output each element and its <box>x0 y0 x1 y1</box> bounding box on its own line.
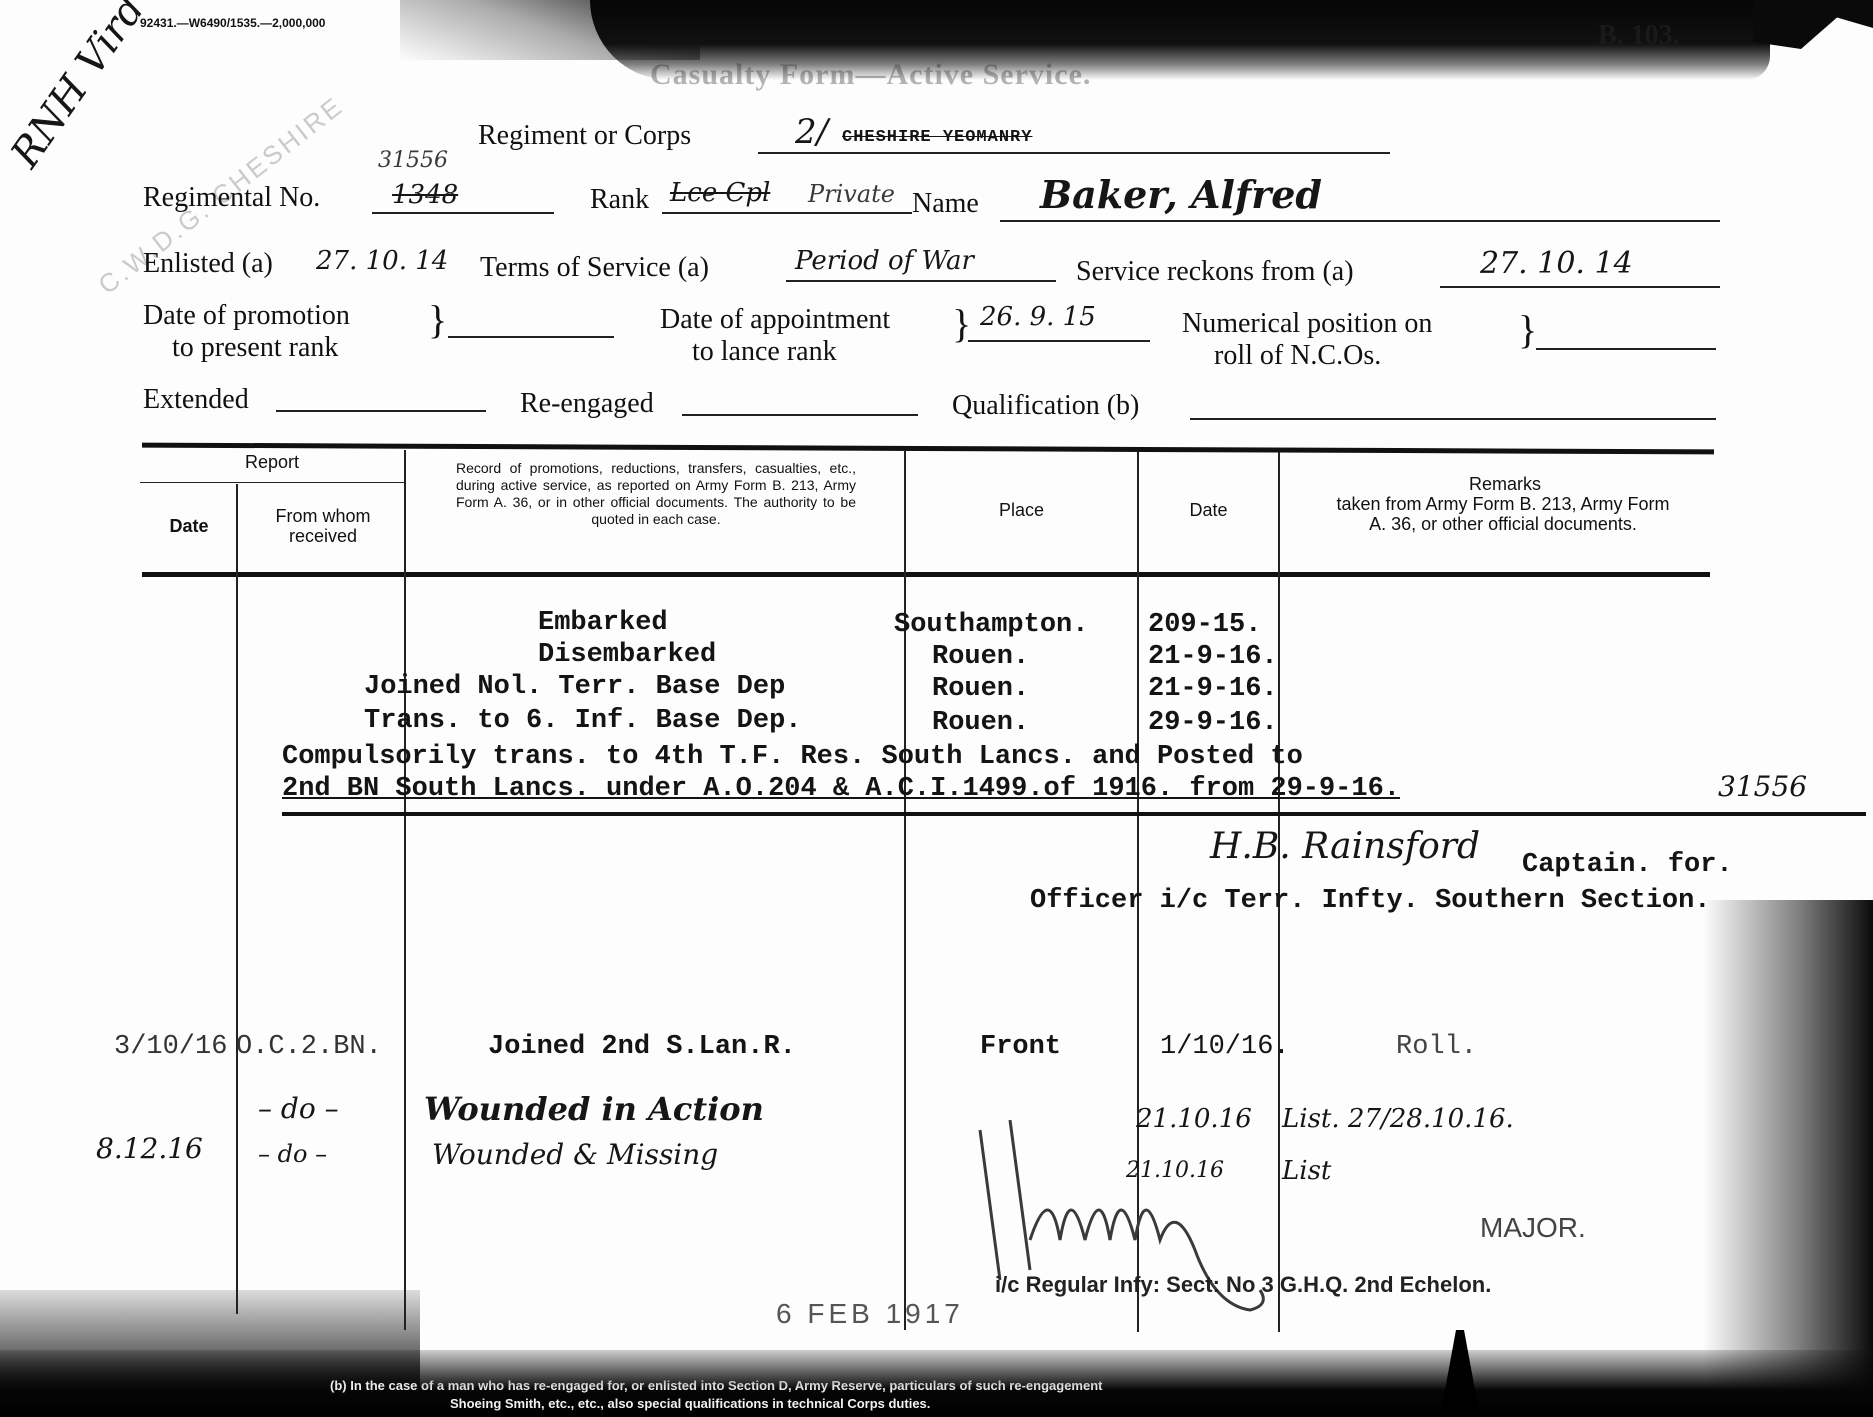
reckons-value: 27. 10. 14 <box>1480 246 1633 281</box>
transfer-line-2: 2nd BN South Lancs. under A.O.204 & A.C.… <box>282 774 1400 804</box>
missing-from: – do – <box>258 1140 327 1168</box>
entry-place: Rouen. <box>932 674 1029 704</box>
signature-major-rank: MAJOR. <box>1480 1212 1586 1244</box>
transfer-underline <box>282 812 1866 816</box>
rank-value: Private <box>808 180 895 208</box>
wounded-from: – do – <box>258 1092 339 1125</box>
header-date2: Date <box>1139 500 1278 520</box>
entry-place: Rouen. <box>932 708 1029 738</box>
regiment-value: 2/ <box>795 112 828 152</box>
name-value: Baker, Alfred <box>1040 172 1322 217</box>
brace: } <box>1518 310 1537 350</box>
form-title: Casualty Form—Active Service. <box>650 58 1091 92</box>
wounded-record: Wounded in Action <box>424 1090 764 1128</box>
regimental-no-line <box>372 212 554 214</box>
qualification-line <box>1190 418 1716 420</box>
brace: } <box>952 304 971 344</box>
torn-corner <box>1753 0 1873 70</box>
terms-value: Period of War <box>795 246 974 276</box>
missing-remarks: List <box>1282 1156 1331 1186</box>
date-stamp: 6 FEB 1917 <box>776 1298 964 1330</box>
nco-label-2: roll of N.C.Os. <box>1214 340 1381 372</box>
appointment-label-1: Date of appointment <box>660 304 890 336</box>
appointment-label-2: to lance rank <box>692 336 837 368</box>
signature-captain-office: Officer i/c Terr. Infty. Southern Sectio… <box>1030 886 1711 916</box>
signature-captain-title: Captain. for. <box>1522 850 1733 880</box>
entry-place: Southampton. <box>894 610 1088 640</box>
brace: } <box>428 300 447 340</box>
entry-place: Rouen. <box>932 642 1029 672</box>
new-regimental-number: 31556 <box>378 148 448 173</box>
header-report: Report <box>140 452 404 472</box>
regiment-struck-value: CHESHIRE YEOMANRY <box>842 128 1032 147</box>
enlisted-value: 27. 10. 14 <box>316 246 448 276</box>
reckons-line <box>1440 286 1720 288</box>
promotion-label-1: Date of promotion <box>143 300 350 332</box>
wounded-remarks: List. 27/28.10.16. <box>1282 1104 1514 1134</box>
footnote-line-1: (b) In the case of a man who has re-enga… <box>330 1378 1102 1393</box>
joined-date2: 1/10/16. <box>1160 1032 1290 1062</box>
header-remarks-title: Remarks <box>1300 474 1710 494</box>
entry-date: 29-9-16. <box>1148 708 1278 738</box>
scan-shadow-right <box>1703 900 1873 1417</box>
entry-date: 21-9-16. <box>1148 674 1278 704</box>
header-date: Date <box>142 516 236 536</box>
footnote-line-2: Shoeing Smith, etc., etc., also special … <box>450 1396 930 1411</box>
entry-record: Joined Nol. Terr. Base Dep <box>364 672 785 702</box>
joined-place: Front <box>980 1032 1061 1062</box>
regiment-label: Regiment or Corps <box>478 120 691 152</box>
header-from-whom: From whom received <box>250 506 396 546</box>
appointment-line <box>968 340 1150 342</box>
missing-date: 8.12.16 <box>96 1132 203 1165</box>
promotion-label-2: to present rank <box>172 332 338 364</box>
appointment-value: 26. 9. 15 <box>980 302 1096 332</box>
print-code: 92431.—W6490/1535.—2,000,000 <box>140 16 325 30</box>
entry-record: Trans. to 6. Inf. Base Dep. <box>364 706 801 736</box>
form-number: B. 103. <box>1598 20 1680 52</box>
transfer-line-1: Compulsorily trans. to 4th T.F. Res. Sou… <box>282 742 1303 772</box>
entry-record: Disembarked <box>538 640 716 670</box>
joined-from: O.C.2.BN. <box>236 1032 382 1062</box>
col-divider <box>404 450 406 1330</box>
name-line <box>1000 220 1720 222</box>
regimental-no-value: 1348 <box>392 180 458 210</box>
header-remarks: taken from Army Form B. 213, Army Form A… <box>1328 494 1678 534</box>
reengaged-line <box>682 414 918 416</box>
extended-label: Extended <box>143 384 249 416</box>
report-subrule <box>140 482 404 483</box>
terms-line <box>786 280 1056 282</box>
name-label: Name <box>912 188 979 220</box>
header-place: Place <box>906 500 1137 520</box>
rank-line <box>662 212 912 214</box>
joined-remarks: Roll. <box>1396 1032 1477 1062</box>
missing-record: Wounded & Missing <box>432 1138 718 1171</box>
table-header-rule <box>142 572 1710 577</box>
regimental-no-label: Regimental No. <box>143 182 320 214</box>
reckons-label: Service reckons from (a) <box>1076 256 1354 288</box>
col-divider <box>904 450 906 1330</box>
extended-line <box>276 410 486 412</box>
regiment-field-line <box>758 152 1390 154</box>
signature-major-office: i/c Regular Infy: Sect: No 3 G.H.Q. 2nd … <box>995 1272 1491 1298</box>
rank-label: Rank <box>590 184 649 216</box>
enlisted-label: Enlisted (a) <box>143 248 273 280</box>
header-record: Record of promotions, reductions, transf… <box>456 460 856 528</box>
signature-captain: H.B. Rainsford <box>1210 826 1480 867</box>
rank-struck-value: Lce Cpl <box>670 178 770 208</box>
joined-record: Joined 2nd S.Lan.R. <box>488 1032 796 1062</box>
joined-date: 3/10/16 <box>114 1032 227 1062</box>
entry-date: 209-15. <box>1148 610 1261 640</box>
nco-line <box>1536 348 1716 350</box>
promotion-line <box>448 336 614 338</box>
terms-label: Terms of Service (a) <box>480 252 709 284</box>
reengaged-label: Re-engaged <box>520 388 654 420</box>
margin-handwriting: RNH Vird <box>2 0 153 176</box>
transfer-new-number: 31556 <box>1718 770 1807 803</box>
entry-record: Embarked <box>538 608 668 638</box>
qualification-label: Qualification (b) <box>952 390 1139 422</box>
entry-date: 21-9-16. <box>1148 642 1278 672</box>
col-divider <box>236 484 238 1314</box>
nco-label-1: Numerical position on <box>1182 308 1432 340</box>
